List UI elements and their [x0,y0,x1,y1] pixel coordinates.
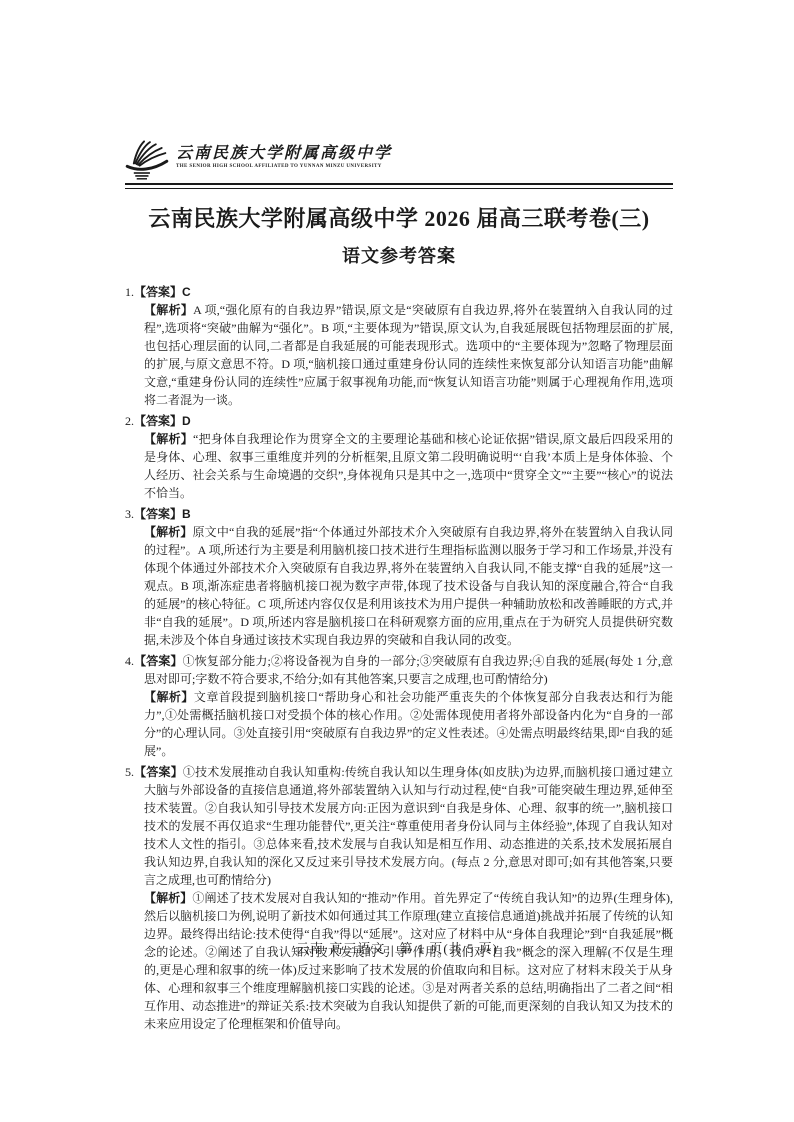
item-number: 5. [125,765,134,779]
analysis-text: 原文中“自我的延展”指“个体通过外部技术介入突破原有自我边界,将外在装置纳入自我… [144,525,673,647]
answer-line: 3.【答案】B [144,505,673,523]
answer-item-1: 1.【答案】C 【解析】A 项,“强化原有的自我边界”错误,原文是“突破原有自我… [125,283,673,409]
answer-label: 【答案】 [134,414,182,428]
answer-item-4: 4.【答案】①恢复部分能力;②将设备视为自身的一部分;③突破原有自我边界;④自我… [125,652,673,760]
answer-line: 2.【答案】D [144,412,673,430]
analysis-label: 【解析】 [144,525,193,539]
page-title: 云南民族大学附属高级中学 2026 届高三联考卷(三) [125,202,673,233]
answer-text: ①恢复部分能力;②将设备视为自身的一部分;③突破原有自我边界;④自我的延展(每处… [144,654,673,686]
analysis-text: 文章首段提到脑机接口“帮助身心和社会功能严重丧失的个体恢复部分自我表达和行为能力… [144,690,673,758]
answer-item-3: 3.【答案】B 【解析】原文中“自我的延展”指“个体通过外部技术介入突破原有自我… [125,505,673,649]
analysis-label: 【解析】 [144,432,193,446]
analysis-text: ①阐述了技术发展对自我认知的“推动”作用。首先界定了“传统自我认知”的边界(生理… [144,891,673,1031]
answer-item-5: 5.【答案】①技术发展推动自我认知重构:传统自我认知以生理身体(如皮肤)为边界,… [125,763,673,1033]
answer-label: 【答案】 [134,285,182,299]
item-number: 1. [125,285,134,299]
item-number: 2. [125,414,134,428]
analysis-paragraph: 【解析】原文中“自我的延展”指“个体通过外部技术介入突破原有自我边界,将外在装置… [144,523,673,649]
answer-label: 【答案】 [134,507,182,521]
answer-label: 【答案】 [134,765,183,779]
analysis-paragraph: 【解析】“把身体自我理论作为贯穿全文的主要理论基础和核心论证依据”错误,原文最后… [144,430,673,502]
answer-line: 1.【答案】C [144,283,673,301]
school-name-chinese: 云南民族大学附属高级中学 [176,145,392,163]
analysis-paragraph: 【解析】A 项,“强化原有的自我边界”错误,原文是“突破原有自我边界,将外在装置… [144,301,673,409]
analysis-label: 【解析】 [144,690,194,704]
school-name-english: THE SENIOR HIGH SCHOOL AFFILIATED TO YUN… [176,163,392,170]
analysis-label: 【解析】 [144,891,192,905]
answer-text: D [182,414,191,428]
answer-line: 5.【答案】①技术发展推动自我认知重构:传统自我认知以生理身体(如皮肤)为边界,… [144,763,673,889]
answer-list: 1.【答案】C 【解析】A 项,“强化原有的自我边界”错误,原文是“突破原有自我… [125,283,673,1033]
analysis-label: 【解析】 [144,303,193,317]
answer-line: 4.【答案】①恢复部分能力;②将设备视为自身的一部分;③突破原有自我边界;④自我… [144,652,673,688]
answer-label: 【答案】 [134,654,183,668]
page-subtitle: 语文参考答案 [125,242,673,268]
answer-text: C [182,285,191,299]
page-content: 云南民族大学附属高级中学 THE SENIOR HIGH SCHOOL AFFI… [125,138,673,1036]
school-logo: 云南民族大学附属高级中学 THE SENIOR HIGH SCHOOL AFFI… [125,138,673,180]
page-footer: 云南·高三语文 第 1 页(共 5 页) [0,938,794,957]
analysis-text: A 项,“强化原有的自我边界”错误,原文是“突破原有自我边界,将外在装置纳入自我… [144,303,673,407]
item-number: 3. [125,507,134,521]
item-number: 4. [125,654,134,668]
school-logo-text: 云南民族大学附属高级中学 THE SENIOR HIGH SCHOOL AFFI… [176,145,392,173]
analysis-paragraph: 【解析】①阐述了技术发展对自我认知的“推动”作用。首先界定了“传统自我认知”的边… [144,889,673,1033]
analysis-text: “把身体自我理论作为贯穿全文的主要理论基础和核心论证依据”错误,原文最后四段采用… [144,432,673,500]
analysis-paragraph: 【解析】文章首段提到脑机接口“帮助身心和社会功能严重丧失的个体恢复部分自我表达和… [144,688,673,760]
answer-text: ①技术发展推动自我认知重构:传统自我认知以生理身体(如皮肤)为边界,而脑机接口通… [144,765,673,887]
exam-answer-sheet-page: 云南民族大学附属高级中学 THE SENIOR HIGH SCHOOL AFFI… [0,0,794,1122]
school-emblem-icon [125,138,169,180]
header-divider [125,183,673,189]
answer-text: B [182,507,191,521]
answer-item-2: 2.【答案】D 【解析】“把身体自我理论作为贯穿全文的主要理论基础和核心论证依据… [125,412,673,502]
